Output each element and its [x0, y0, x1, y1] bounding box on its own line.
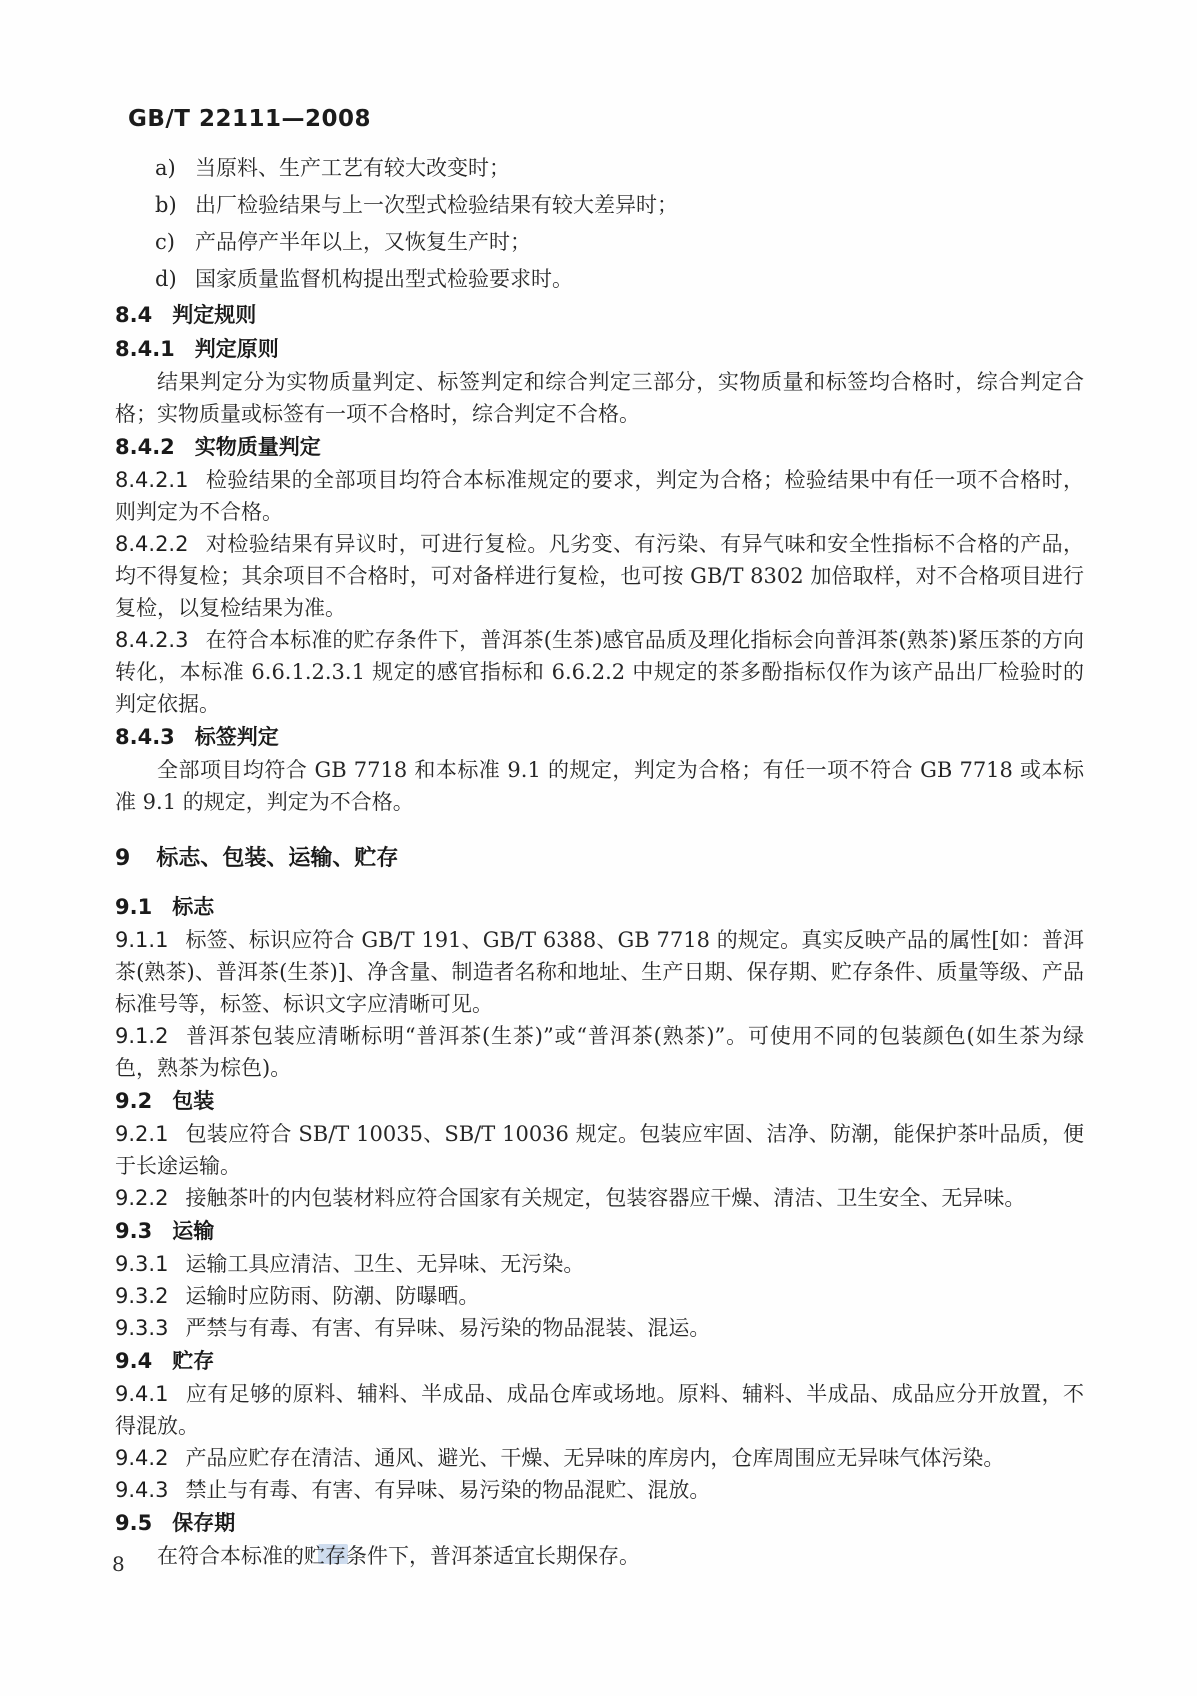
heading-number: 8.4.1 [115, 337, 175, 361]
clause-number: 8.4.2.2 [115, 532, 188, 556]
clause-number: 9.3.2 [115, 1284, 168, 1308]
paragraph-8-4-1: 结果判定分为实物质量判定、标签判定和综合判定三部分，实物质量和标签均合格时，综合… [115, 366, 1084, 430]
clause-number: 8.4.2.1 [115, 468, 188, 492]
clause-8-4-2-3: 8.4.2.3在符合本标准的贮存条件下，普洱茶(生茶)感官品质及理化指标会向普洱… [115, 624, 1084, 720]
list-item-text: 产品停产半年以上，又恢复生产时； [195, 224, 1084, 261]
heading-title: 保存期 [172, 1511, 235, 1535]
clause-9-3-1: 9.3.1运输工具应清洁、卫生、无异味、无污染。 [115, 1248, 1084, 1280]
heading-title: 标签判定 [195, 725, 279, 749]
clause-9-1-2: 9.1.2普洱茶包装应清晰标明“普洱茶(生茶)”或“普洱茶(熟茶)”。可使用不同… [115, 1020, 1084, 1084]
clause-9-4-2: 9.4.2产品应贮存在清洁、通风、避光、干燥、无异味的库房内，仓库周围应无异味气… [115, 1442, 1084, 1474]
clause-text: 禁止与有毒、有害、有异味、易污染的物品混贮、混放。 [185, 1478, 710, 1502]
clause-text: 包装应符合 SB/T 10035、SB/T 10036 规定。包装应牢固、洁净、… [115, 1122, 1084, 1178]
clause-number: 9.1.1 [115, 928, 168, 952]
clause-number: 9.4.1 [115, 1382, 168, 1406]
heading-number: 9.5 [115, 1511, 152, 1535]
clause-8-4-2-2: 8.4.2.2对检验结果有异议时，可进行复检。凡劣变、有污染、有异气味和安全性指… [115, 528, 1084, 624]
clause-text: 产品应贮存在清洁、通风、避光、干燥、无异味的库房内，仓库周围应无异味气体污染。 [185, 1446, 1004, 1470]
clause-number: 9.4.2 [115, 1446, 168, 1470]
standard-code-header: GB/T 22111—2008 [128, 106, 371, 132]
heading-title: 判定规则 [172, 303, 256, 327]
clause-9-3-3: 9.3.3严禁与有毒、有害、有异味、易污染的物品混装、混运。 [115, 1312, 1084, 1344]
clause-number: 9.1.2 [115, 1024, 168, 1048]
list-item-label: b) [155, 187, 195, 224]
clause-text: 运输时应防雨、防潮、防曝晒。 [185, 1284, 479, 1308]
list-item-text: 国家质量监督机构提出型式检验要求时。 [195, 261, 1084, 298]
heading-9-5: 9.5保存期 [115, 1506, 1084, 1540]
heading-9-2: 9.2包装 [115, 1084, 1084, 1118]
clause-8-4-2-1: 8.4.2.1检验结果的全部项目均符合本标准规定的要求，判定为合格；检验结果中有… [115, 464, 1084, 528]
list-item-b: b) 出厂检验结果与上一次型式检验结果有较大差异时； [115, 187, 1084, 224]
heading-8-4-3: 8.4.3标签判定 [115, 720, 1084, 754]
heading-number: 8.4 [115, 303, 152, 327]
heading-number: 8.4.2 [115, 435, 175, 459]
clause-9-4-1: 9.4.1应有足够的原料、辅料、半成品、成品仓库或场地。原料、辅料、半成品、成品… [115, 1378, 1084, 1442]
heading-number: 8.4.3 [115, 725, 175, 749]
clause-number: 9.3.1 [115, 1252, 168, 1276]
page-number: 8 [112, 1552, 125, 1576]
list-item-c: c) 产品停产半年以上，又恢复生产时； [115, 224, 1084, 261]
clause-number: 9.2.1 [115, 1122, 168, 1146]
clause-number: 8.4.2.3 [115, 628, 188, 652]
heading-title: 标志 [172, 895, 214, 919]
document-page: GB/T 22111—2008 a) 当原料、生产工艺有较大改变时； b) 出厂… [0, 0, 1197, 1696]
clause-text: 应有足够的原料、辅料、半成品、成品仓库或场地。原料、辅料、半成品、成品应分开放置… [115, 1382, 1084, 1438]
clause-text: 对检验结果有异议时，可进行复检。凡劣变、有污染、有异气味和安全性指标不合格的产品… [115, 532, 1084, 620]
heading-number: 9.3 [115, 1219, 152, 1243]
clause-9-1-1: 9.1.1标签、标识应符合 GB/T 191、GB/T 6388、GB 7718… [115, 924, 1084, 1020]
clause-text: 运输工具应清洁、卫生、无异味、无污染。 [185, 1252, 584, 1276]
heading-8-4-1: 8.4.1判定原则 [115, 332, 1084, 366]
heading-number: 9.1 [115, 895, 152, 919]
clause-text: 接触茶叶的内包装材料应符合国家有关规定，包装容器应干燥、清洁、卫生安全、无异味。 [185, 1186, 1025, 1210]
heading-9-4: 9.4贮存 [115, 1344, 1084, 1378]
heading-number: 9.2 [115, 1089, 152, 1113]
heading-title: 贮存 [172, 1349, 214, 1373]
list-item-label: d) [155, 261, 195, 298]
heading-number: 9.4 [115, 1349, 152, 1373]
heading-title: 判定原则 [195, 337, 279, 361]
clause-number: 9.4.3 [115, 1478, 168, 1502]
heading-8-4-2: 8.4.2实物质量判定 [115, 430, 1084, 464]
paragraph-8-4-3: 全部项目均符合 GB 7718 和本标准 9.1 的规定，判定为合格；有任一项不… [115, 754, 1084, 818]
page-content: a) 当原料、生产工艺有较大改变时； b) 出厂检验结果与上一次型式检验结果有较… [115, 150, 1084, 1572]
clause-text: 检验结果的全部项目均符合本标准规定的要求，判定为合格；检验结果中有任一项不合格时… [115, 468, 1084, 524]
clause-9-2-2: 9.2.2接触茶叶的内包装材料应符合国家有关规定，包装容器应干燥、清洁、卫生安全… [115, 1182, 1084, 1214]
list-item-text: 当原料、生产工艺有较大改变时； [195, 150, 1084, 187]
clause-number: 9.2.2 [115, 1186, 168, 1210]
heading-8-4: 8.4判定规则 [115, 298, 1084, 332]
clause-text: 在符合本标准的贮存条件下，普洱茶(生茶)感官品质及理化指标会向普洱茶(熟茶)紧压… [115, 628, 1084, 716]
heading-title: 运输 [172, 1219, 214, 1243]
clause-text: 标签、标识应符合 GB/T 191、GB/T 6388、GB 7718 的规定。… [115, 928, 1084, 1016]
clause-9-2-1: 9.2.1包装应符合 SB/T 10035、SB/T 10036 规定。包装应牢… [115, 1118, 1084, 1182]
heading-chapter-9: 9标志、包装、运输、贮存 [115, 842, 1084, 876]
clause-text: 普洱茶包装应清晰标明“普洱茶(生茶)”或“普洱茶(熟茶)”。可使用不同的包装颜色… [115, 1024, 1084, 1080]
clause-9-4-3: 9.4.3禁止与有毒、有害、有异味、易污染的物品混贮、混放。 [115, 1474, 1084, 1506]
heading-number: 9 [115, 846, 130, 871]
list-item-a: a) 当原料、生产工艺有较大改变时； [115, 150, 1084, 187]
heading-title: 标志、包装、运输、贮存 [156, 846, 398, 871]
clause-number: 9.3.3 [115, 1316, 168, 1340]
heading-title: 包装 [172, 1089, 214, 1113]
clause-9-3-2: 9.3.2运输时应防雨、防潮、防曝晒。 [115, 1280, 1084, 1312]
paragraph-9-5: 在符合本标准的贮存条件下，普洱茶适宜长期保存。 [115, 1540, 1084, 1572]
heading-9-3: 9.3运输 [115, 1214, 1084, 1248]
list-item-d: d) 国家质量监督机构提出型式检验要求时。 [115, 261, 1084, 298]
list-item-label: c) [155, 224, 195, 261]
list-item-text: 出厂检验结果与上一次型式检验结果有较大差异时； [195, 187, 1084, 224]
heading-title: 实物质量判定 [195, 435, 321, 459]
clause-text: 严禁与有毒、有害、有异味、易污染的物品混装、混运。 [185, 1316, 710, 1340]
heading-9-1: 9.1标志 [115, 890, 1084, 924]
list-item-label: a) [155, 150, 195, 187]
